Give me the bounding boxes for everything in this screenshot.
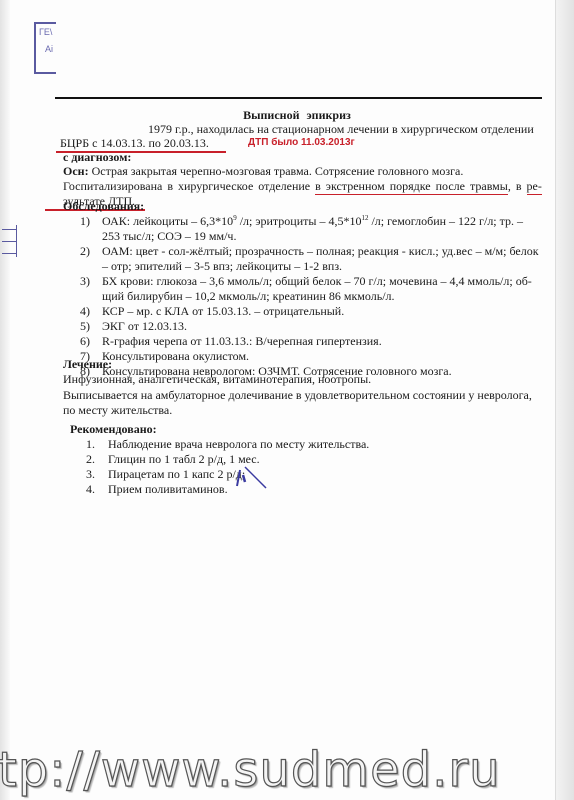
rec-num: 1.	[86, 437, 108, 452]
hosp-underlined-2: ре-	[527, 179, 542, 195]
intro-line-1: 1979 г.р., находилась на стационарном ле…	[148, 122, 534, 137]
exam-item-6: 6)R-графия черепа от 11.03.13.: В/черепн…	[80, 334, 382, 349]
exam-num: 1)	[80, 214, 102, 229]
stamp-text-1: ГЕ\	[39, 27, 52, 37]
site-watermark: tp://www.sudmed.ru	[0, 742, 501, 798]
exam-text: R-графия черепа от 11.03.13.: В/черепная…	[102, 334, 382, 348]
rec-text: Прием поливитаминов.	[108, 482, 228, 496]
exam-item-5: 5)ЭКГ от 12.03.13.	[80, 319, 187, 334]
exam-text: /л; гемоглобин – 122 г/л; тр. –	[368, 214, 523, 228]
rec-text: Пирацетам по 1 капс 2 р/д;	[108, 467, 245, 481]
discharge-line-2: по месту жительства.	[63, 403, 172, 418]
treatment-heading: Лечение:	[63, 357, 112, 372]
diagnosis-label: Осн:	[63, 164, 89, 178]
exam-item-3-cont: щий билирубин – 10,2 мкмоль/л; креатинин…	[102, 289, 395, 304]
header-rule	[55, 97, 542, 99]
exam-text: БХ крови: глюкоза – 3,6 ммоль/л; общий б…	[102, 274, 532, 288]
margin-ink-mark	[2, 225, 17, 257]
exam-text: КСР – мр. с КЛА от 15.03.13. – отрицател…	[102, 304, 344, 318]
signature-mark	[230, 462, 270, 490]
rec-num: 3.	[86, 467, 108, 482]
rec-num: 4.	[86, 482, 108, 497]
exam-text: ОАК: лейкоциты – 6,3*10	[102, 214, 233, 228]
recommendation-item-1: 1.Наблюдение врача невролога по месту жи…	[86, 437, 369, 452]
discharge-line-1: Выписывается на амбулаторное долечивание…	[63, 388, 532, 403]
stamp-text-2: Аі	[45, 44, 53, 54]
exam-item-1-cont: 253 тыс/л; СОЭ – 19 мм/ч.	[102, 229, 236, 244]
document-title: Выписной эпикриз	[0, 108, 574, 123]
exam-item-2: 2)ОАМ: цвет - сол-жёлтый; прозрачность –…	[80, 244, 539, 259]
exam-item-1: 1)ОАК: лейкоциты – 6,3*109 /л; эритроцит…	[80, 214, 523, 229]
diagnosis-main: Осн: Острая закрытая черепно-мозговая тр…	[63, 164, 463, 179]
exam-item-3: 3)БХ крови: глюкоза – 3,6 ммоль/л; общий…	[80, 274, 532, 289]
exam-num: 3)	[80, 274, 102, 289]
exam-item-2-cont: – отр; эпителий – 3-5 впз; лейкоциты – 1…	[102, 259, 342, 274]
exam-num: 4)	[80, 304, 102, 319]
exam-text: /л; эритроциты – 4,5*10	[237, 214, 362, 228]
hospitalization-line-1: Госпитализирована в хирургическое отделе…	[63, 179, 542, 194]
hosp-underlined: в экстренном порядке после травмы	[315, 179, 508, 195]
diagnosis-text: Острая закрытая черепно-мозговая травма.…	[89, 164, 464, 178]
recommendation-item-3: 3.Пирацетам по 1 капс 2 р/д;	[86, 467, 245, 482]
ink-stamp: ГЕ\ Аі	[34, 22, 56, 74]
rec-text: Наблюдение врача невролога по месту жите…	[108, 437, 369, 451]
recommendation-item-4: 4.Прием поливитаминов.	[86, 482, 228, 497]
hosp-middle: , в	[508, 179, 527, 193]
exams-heading: Обследования:	[63, 199, 144, 214]
handwritten-annotation: ДТП было 11.03.2013г	[248, 137, 355, 148]
exam-item-4: 4)КСР – мр. с КЛА от 15.03.13. – отрицат…	[80, 304, 344, 319]
exam-num: 5)	[80, 319, 102, 334]
exam-text: ЭКГ от 12.03.13.	[102, 319, 187, 333]
recommendations-heading: Рекомендовано:	[70, 422, 157, 437]
intro-line-2: БЦРБ с 14.03.13. по 20.03.13.	[60, 136, 209, 151]
exam-num: 2)	[80, 244, 102, 259]
exam-num: 6)	[80, 334, 102, 349]
exam-text: Консультирована окулистом.	[102, 349, 249, 363]
diagnosis-heading: с диагнозом:	[63, 150, 131, 165]
treatment-text: Инфузионная, аналгетическая, витаминотер…	[63, 372, 371, 387]
rec-num: 2.	[86, 452, 108, 467]
exam-text: ОАМ: цвет - сол-жёлтый; прозрачность – п…	[102, 244, 539, 258]
hosp-prefix: Госпитализирована в хирургическое отделе…	[63, 179, 315, 193]
